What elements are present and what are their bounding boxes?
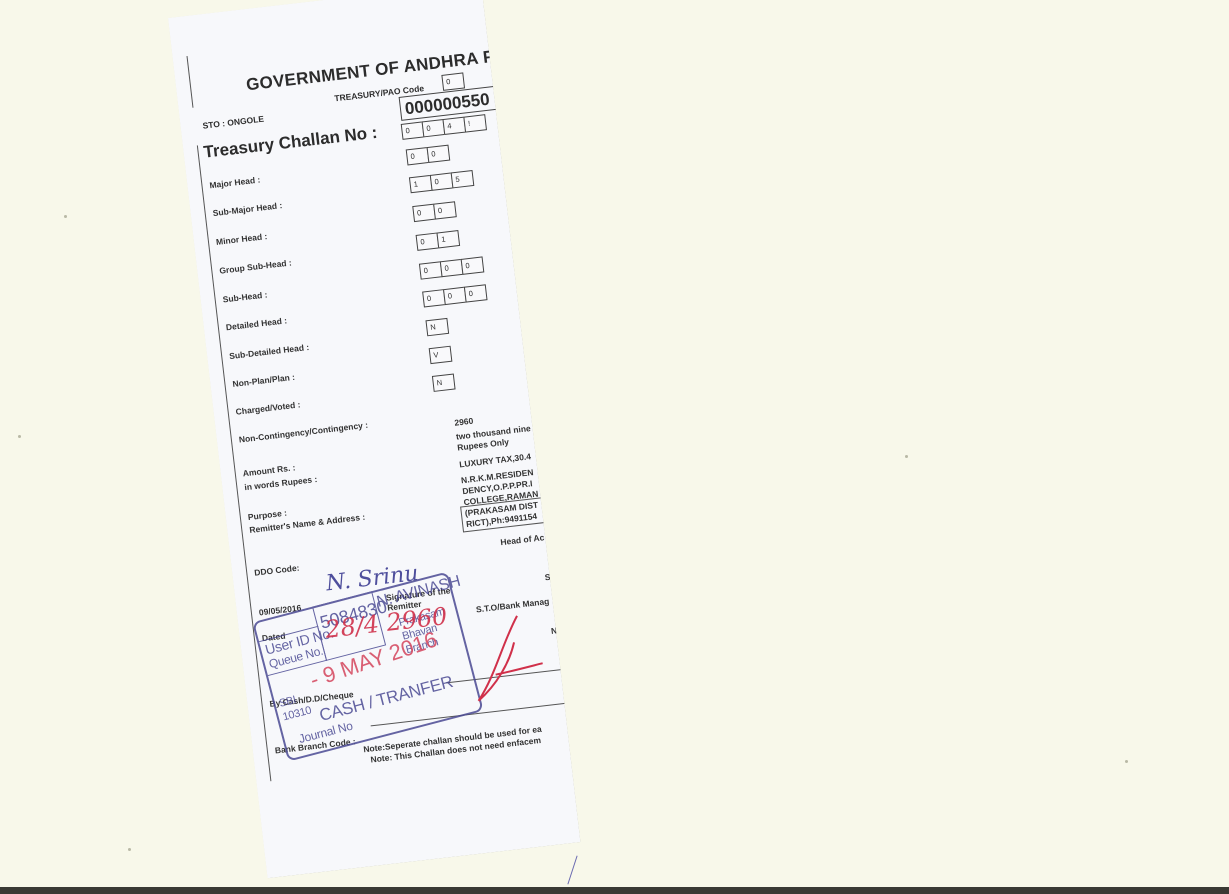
- amount-label: Amount Rs. :: [242, 462, 296, 478]
- sto-right-label: S.T: [544, 571, 558, 583]
- amount-value: 2960: [454, 416, 474, 429]
- nbs-label: NBS: [550, 624, 569, 637]
- detailed-head-label: Detailed Head :: [225, 315, 287, 332]
- bank-receipt-stamp: User ID No. Queue No. 5084830 N. AVINASH…: [252, 571, 484, 761]
- dust-speck: [905, 455, 908, 458]
- head-of-account-text: Head of Ac: [500, 532, 545, 548]
- dust-speck: [64, 215, 67, 218]
- contingency-label: Non-Contingency/Contingency :: [238, 420, 368, 445]
- sub-major-head-label: Sub-Major Head :: [212, 200, 283, 218]
- treasury-pao-code: 0: [442, 72, 465, 90]
- pen-mark: [567, 856, 577, 885]
- charged-voted-label: Charged/Voted :: [235, 399, 301, 416]
- margin-line: [187, 56, 194, 108]
- sto-label: STO : ONGOLE: [202, 114, 264, 131]
- non-plan-plan-box: V: [430, 346, 453, 364]
- sub-head-boxes: 000: [420, 256, 484, 279]
- minor-head-label: Minor Head :: [215, 231, 267, 247]
- red-initials-mark: [459, 609, 549, 708]
- treasury-challan: GOVERNMENT OF ANDHRA PR. TREASURY/PAO Co…: [168, 0, 580, 878]
- sub-head-label: Sub-Head :: [222, 289, 268, 304]
- sub-major-head-boxes: 105: [410, 170, 474, 193]
- dust-speck: [18, 435, 21, 438]
- challan-label: Treasury Challan No :: [203, 123, 379, 163]
- detailed-head-boxes: 000: [423, 284, 487, 307]
- ddo-code-label: DDO Code:: [254, 563, 300, 578]
- sub-detailed-head-label: Sub-Detailed Head :: [229, 342, 310, 361]
- major-head-boxes: 00: [407, 145, 451, 166]
- minor-head-boxes: 00: [413, 201, 457, 222]
- sub-detailed-head-box: N: [426, 318, 449, 336]
- major-head-label: Major Head :: [209, 175, 261, 191]
- group-sub-head-label: Group Sub-Head :: [219, 257, 292, 275]
- dust-speck: [128, 848, 131, 851]
- scanner-edge: [0, 887, 1229, 894]
- non-plan-plan-label: Non-Plan/Plan :: [232, 372, 296, 389]
- purpose-label: Purpose :: [247, 508, 287, 522]
- dust-speck: [1125, 760, 1128, 763]
- charged-voted-box: N: [433, 374, 456, 392]
- group-sub-head-boxes: 01: [417, 230, 461, 251]
